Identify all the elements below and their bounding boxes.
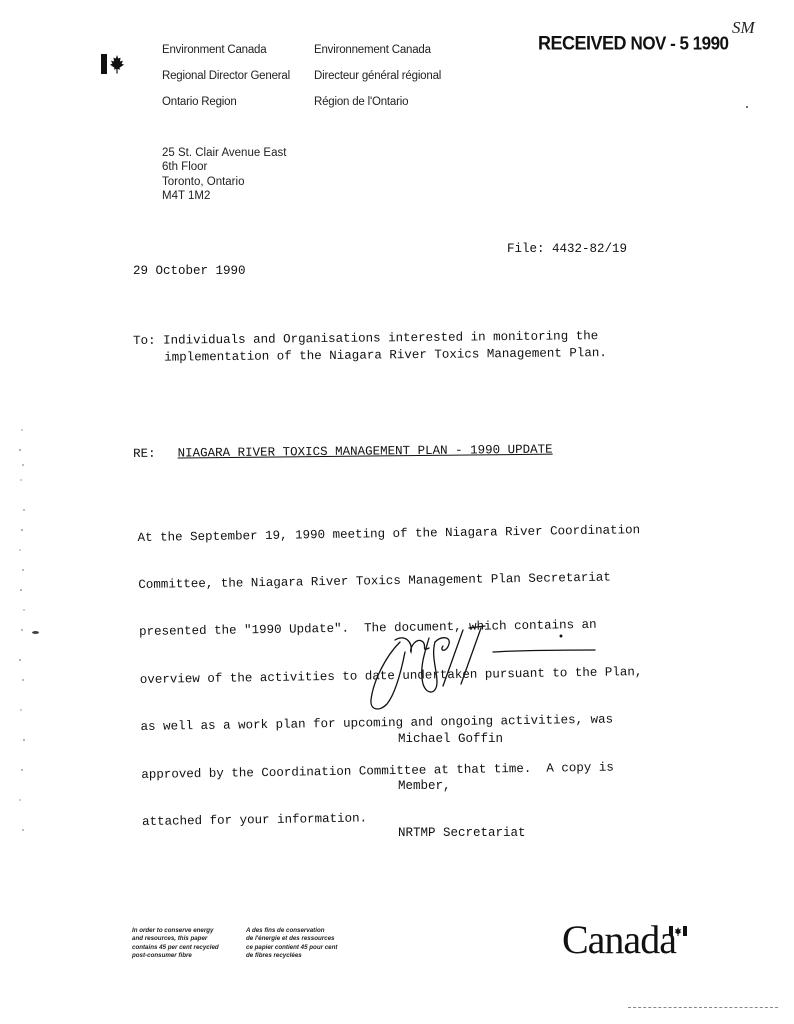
region-fr: Région de l'Ontario [314,96,408,108]
footer-line: de l'énergie et des ressources [246,935,337,943]
address-line: 6th Floor [162,160,286,174]
canada-flag-symbol-icon [101,54,125,76]
signer-organization: NRTMP Secretariat [398,826,526,842]
scan-speck [32,631,39,634]
sender-address: 25 St. Clair Avenue East 6th Floor Toron… [162,146,286,203]
recipient-prefix: To: [133,334,156,348]
canada-wordmark: Canada [562,916,676,963]
department-en: Environment Canada [162,44,266,56]
received-stamp: RECEIVED NOV - 5 1990 [538,32,729,55]
recipient-block: To: Individuals and Organisations intere… [133,328,607,367]
body-line: At the September 19, 1990 meeting of the… [137,523,640,547]
signature-block: Michael Goffin Member, NRTMP Secretariat [398,700,526,858]
footer-line: In order to conserve energy [132,927,219,935]
recipient-line: implementation of the Niagara River Toxi… [133,345,607,367]
wordmark-flag-icon [669,923,687,933]
stamp-label: RECEIVED [538,32,626,54]
address-line: M4T 1M2 [162,189,286,203]
recycled-paper-note-en: In order to conserve energy and resource… [132,927,219,960]
body-line: Committee, the Niagara River Toxics Mana… [138,570,641,594]
subject-line: RE:NIAGARA RIVER TOXICS MANAGEMENT PLAN … [133,443,553,461]
body-line: attached for your information. [142,807,645,831]
file-reference: File: 4432-82/19 [507,242,627,256]
address-line: Toronto, Ontario [162,175,286,189]
body-line: approved by the Coordination Committee a… [141,760,644,784]
department-fr: Environnement Canada [314,44,431,56]
address-line: 25 St. Clair Avenue East [162,146,286,160]
subject-prefix: RE: [133,447,156,461]
footer-line: ce papier contient 45 pour cent [246,944,337,952]
stamp-date: NOV - 5 1990 [631,33,729,54]
office-en: Regional Director General [162,70,290,82]
footer-line: contains 45 per cent recycled [132,944,219,952]
footer-line: A des fins de conservation [246,927,337,935]
signer-name: Michael Goffin [398,732,526,748]
office-fr: Directeur général régional [314,70,441,82]
footer-line: and resources, this paper [132,935,219,943]
footer-line: de fibres recyclées [246,952,337,960]
recycled-paper-note-fr: A des fins de conservation de l'énergie … [246,927,337,960]
scan-noise [0,420,30,860]
scan-edge-line [628,1007,778,1008]
signer-title: Member, [398,779,526,795]
handwritten-initials: SM [732,18,755,38]
footer-line: post-consumer fibre [132,952,219,960]
region-en: Ontario Region [162,96,237,108]
letter-date: 29 October 1990 [133,264,246,278]
scan-speck [746,106,748,108]
subject-title: NIAGARA RIVER TOXICS MANAGEMENT PLAN - 1… [178,443,553,461]
